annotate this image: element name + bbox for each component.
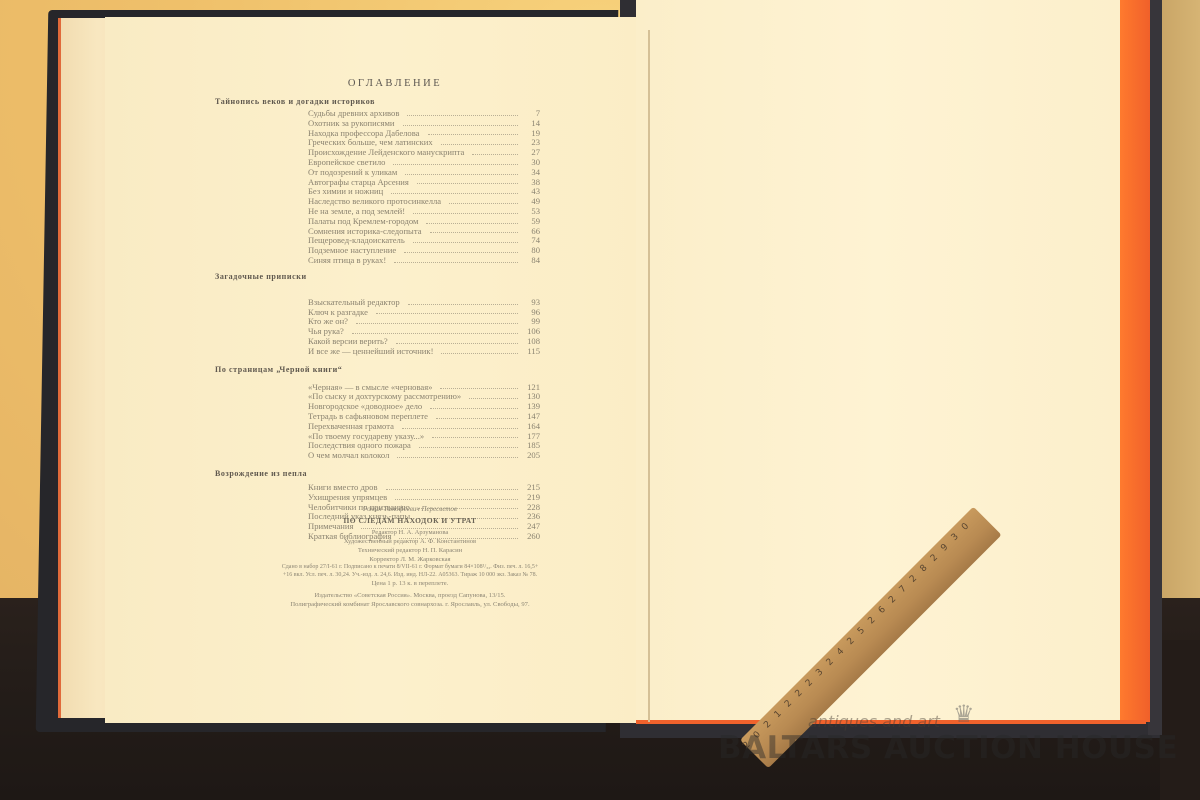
colophon-author: Роман Тимофеевич Пересветов xyxy=(225,505,595,513)
toc-section-heading: Возрождение из пепла xyxy=(215,469,555,478)
book-gutter xyxy=(648,30,650,722)
watermark-tagline: antiques and art xyxy=(808,712,940,731)
page-edge-stain xyxy=(1120,0,1150,722)
watermark-name: BALTARS AUCTION HOUSE xyxy=(718,730,1178,766)
colophon-print-info: Сдано в набор 27/I-61 г. Подписано к печ… xyxy=(225,564,595,572)
background-wall-right xyxy=(1160,0,1200,640)
colophon-print-info-2: +16 вкл. Усл. печ. л. 30,24. Уч.-изд. л.… xyxy=(225,572,595,580)
table-surface-right xyxy=(1160,640,1200,800)
colophon-publisher: Издательство «Советская Россия». Москва,… xyxy=(225,591,595,600)
colophon: Роман Тимофеевич Пересветов ПО СЛЕДАМ НА… xyxy=(225,505,595,609)
colophon-book-title: ПО СЛЕДАМ НАХОДОК И УТРАТ xyxy=(225,516,595,525)
toc-section-heading: Загадочные приписки xyxy=(215,272,555,281)
toc-entry: И все же — ценнейший источник!115 xyxy=(308,347,540,357)
colophon-printer: Полиграфический комбинат Ярославского со… xyxy=(225,600,595,609)
book-cover-edge xyxy=(1148,0,1162,735)
colophon-price: Цена 1 р. 13 к. в переплете. xyxy=(225,579,595,588)
colophon-tech-editor: Технический редактор Н. П. Карасин xyxy=(225,546,595,555)
toc-entry: О чем молчал колокол205 xyxy=(308,451,540,461)
colophon-editor: Редактор Н. А. Арзуманова xyxy=(225,528,595,537)
toc-section-entries: Взыскательный редактор93 Ключ к разгадке… xyxy=(308,298,540,357)
crown-icon: ♛ xyxy=(953,700,975,728)
toc-section-entries: Судьбы древних архивов7 Охотник за рукоп… xyxy=(308,109,540,266)
toc-section-heading: Тайнопись веков и догадки историков xyxy=(215,97,555,106)
table-of-contents: ОГЛАВЛЕНИЕ Тайнопись веков и догадки ист… xyxy=(215,78,555,542)
toc-title: ОГЛАВЛЕНИЕ xyxy=(235,78,555,89)
toc-entry: Синяя птица в руках!84 xyxy=(308,256,540,266)
colophon-art-editor: Художественный редактор А. Ф. Константин… xyxy=(225,537,595,546)
toc-section-entries: «Черная» — в смысле «черновая»121 «По сы… xyxy=(308,383,540,461)
colophon-proofreader: Корректор Л. М. Жарковская xyxy=(225,555,595,564)
toc-section-heading: По страницам „Черной книги“ xyxy=(215,365,555,374)
